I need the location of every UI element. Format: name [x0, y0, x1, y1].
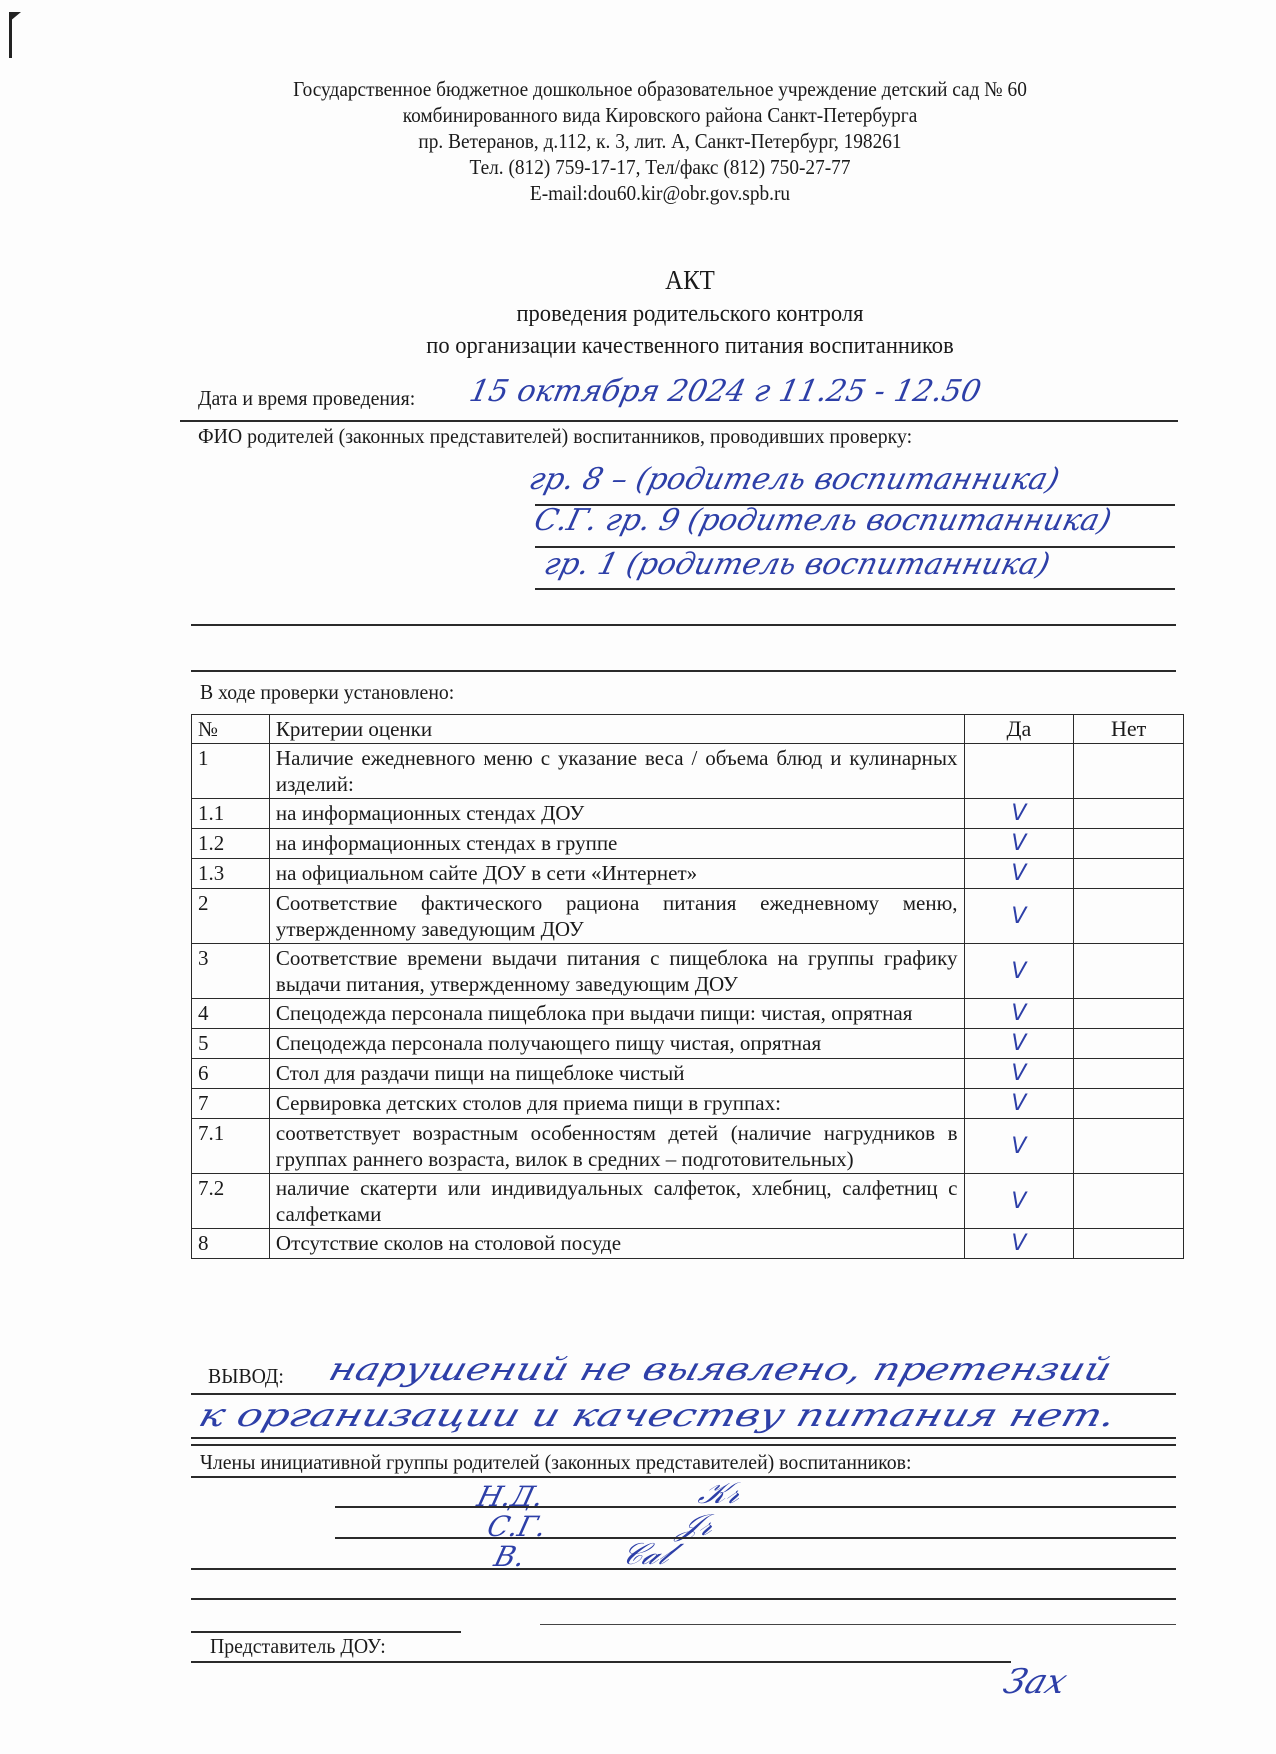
criteria-row-yes: V: [964, 944, 1074, 999]
criteria-row: 4Спецодежда персонала пищеблока при выда…: [192, 999, 1184, 1029]
parents-line-5: [191, 670, 1176, 672]
criteria-row-text: Стол для раздачи пищи на пищеблоке чисты…: [269, 1059, 964, 1089]
criteria-row-no: [1074, 744, 1184, 799]
members-label: Члены инициативной группы родителей (зак…: [200, 1450, 911, 1475]
criteria-row-yes: V: [964, 799, 1074, 829]
criteria-row: 5Спецодежда персонала получающего пищу ч…: [192, 1029, 1184, 1059]
member-3-signature: 𝒞𝒶𝓁: [616, 1537, 677, 1572]
criteria-row-text: Соответствие времени выдачи питания с пи…: [269, 944, 964, 999]
members-line-3: [335, 1537, 1176, 1539]
criteria-row: 3Соответствие времени выдачи питания с п…: [192, 944, 1184, 999]
conclusion-underline-1: [191, 1393, 1176, 1395]
criteria-row-number: 1.3: [192, 859, 270, 889]
members-line-2: [335, 1506, 1176, 1508]
criteria-row-yes: V: [964, 829, 1074, 859]
criteria-row: 1Наличие ежедневного меню с указание вес…: [192, 744, 1184, 799]
criteria-row-number: 1.2: [192, 829, 270, 859]
criteria-row: 6Стол для раздачи пищи на пищеблоке чист…: [192, 1059, 1184, 1089]
criteria-row-no: [1074, 799, 1184, 829]
conclusion-underline-2: [191, 1437, 1176, 1439]
criteria-row-text: Наличие ежедневного меню с указание веса…: [269, 744, 964, 799]
check-mark-icon: V: [1011, 801, 1026, 826]
parents-label: ФИО родителей (законных представителей) …: [198, 424, 912, 449]
criteria-row-yes: V: [964, 1174, 1074, 1229]
criteria-row-no: [1074, 944, 1184, 999]
criteria-row-yes: V: [964, 1229, 1074, 1259]
criteria-row-no: [1074, 859, 1184, 889]
criteria-row-yes: V: [964, 1059, 1074, 1089]
criteria-row-yes: V: [964, 859, 1074, 889]
parent-entry-1: гр. 8 – (родитель воспитанника): [526, 462, 1063, 497]
column-header-no: Нет: [1074, 715, 1184, 744]
representative-underline: [191, 1661, 1011, 1663]
criteria-row-number: 1.1: [192, 799, 270, 829]
members-line-7: [540, 1624, 1176, 1625]
members-line-5: [191, 1598, 1176, 1600]
check-mark-icon: V: [1011, 904, 1026, 929]
datetime-underline: [180, 420, 1178, 422]
conclusion-line-2: к организации и качеству питания нет.: [195, 1396, 1121, 1434]
check-mark-icon: V: [1011, 831, 1026, 856]
conclusion-line-1: нарушений не выявлено, претензий: [325, 1350, 1117, 1388]
criteria-row-no: [1074, 1029, 1184, 1059]
criteria-row-number: 7.2: [192, 1174, 270, 1229]
criteria-table: № Критерии оценки Да Нет 1Наличие ежедне…: [191, 714, 1184, 1259]
criteria-row-yes: V: [964, 1029, 1074, 1059]
findings-label: В ходе проверки установлено:: [200, 680, 454, 705]
check-mark-icon: V: [1011, 1134, 1026, 1159]
criteria-row-number: 6: [192, 1059, 270, 1089]
criteria-row: 7.2наличие скатерти или индивидуальных с…: [192, 1174, 1184, 1229]
criteria-row: 7.1соответствует возрастным особенностям…: [192, 1119, 1184, 1174]
criteria-row-text: Отсутствие сколов на столовой посуде: [269, 1229, 964, 1259]
title-subtitle-2: по организации качественного питания вос…: [221, 330, 1159, 362]
criteria-row-no: [1074, 1229, 1184, 1259]
institution-name: Государственное бюджетное дошкольное обр…: [237, 76, 1083, 102]
parent-entry-3: гр. 1 (родитель воспитанника): [541, 547, 1054, 582]
criteria-row-number: 7: [192, 1089, 270, 1119]
criteria-row-text: Соответствие фактического рациона питани…: [269, 889, 964, 944]
datetime-label: Дата и время проведения:: [198, 386, 415, 411]
criteria-row: 7Сервировка детских столов для приема пи…: [192, 1089, 1184, 1119]
criteria-row-yes: V: [964, 1119, 1074, 1174]
institution-phones: Тел. (812) 759-17-17, Тел/факс (812) 750…: [237, 154, 1083, 180]
parents-line-3: [535, 588, 1175, 590]
criteria-row-text: Спецодежда персонала получающего пищу чи…: [269, 1029, 964, 1059]
datetime-value: 15 октября 2024 г 11.25 - 12.50: [466, 374, 984, 409]
column-header-criteria: Критерии оценки: [269, 715, 964, 744]
criteria-row-number: 1: [192, 744, 270, 799]
check-mark-icon: V: [1011, 1189, 1026, 1214]
criteria-row-number: 7.1: [192, 1119, 270, 1174]
members-top-line: [191, 1444, 1176, 1446]
representative-label: Представитель ДОУ:: [210, 1634, 386, 1659]
criteria-row-no: [1074, 1119, 1184, 1174]
criteria-row-number: 4: [192, 999, 270, 1029]
institution-type: комбинированного вида Кировского района …: [237, 102, 1083, 128]
criteria-row: 8Отсутствие сколов на столовой посудеV: [192, 1229, 1184, 1259]
check-mark-icon: V: [1011, 1061, 1026, 1086]
criteria-row-number: 5: [192, 1029, 270, 1059]
criteria-row: 1.3на официальном сайте ДОУ в сети «Инте…: [192, 859, 1184, 889]
criteria-row-text: Сервировка детских столов для приема пищ…: [269, 1089, 964, 1119]
criteria-row-yes: [964, 744, 1074, 799]
institution-email: E-mail:dou60.kir@obr.gov.spb.ru: [237, 180, 1083, 206]
criteria-row-text: соответствует возрастным особенностям де…: [269, 1119, 964, 1174]
criteria-row-yes: V: [964, 889, 1074, 944]
conclusion-label: ВЫВОД:: [208, 1364, 284, 1389]
criteria-row-no: [1074, 889, 1184, 944]
check-mark-icon: V: [1011, 959, 1026, 984]
criteria-row: 1.2на информационных стендах в группеV: [192, 829, 1184, 859]
column-header-number: №: [192, 715, 270, 744]
check-mark-icon: V: [1011, 1231, 1026, 1256]
criteria-row-number: 3: [192, 944, 270, 999]
criteria-row-no: [1074, 829, 1184, 859]
criteria-row-text: наличие скатерти или индивидуальных салф…: [269, 1174, 964, 1229]
scan-corner-mark: [9, 12, 22, 58]
column-header-yes: Да: [964, 715, 1074, 744]
member-1-initials: Н.Д.: [474, 1480, 547, 1513]
criteria-row-text: на официальном сайте ДОУ в сети «Интерне…: [269, 859, 964, 889]
title-subtitle-1: проведения родительского контроля: [221, 298, 1159, 330]
criteria-row-text: на информационных стендах ДОУ: [269, 799, 964, 829]
criteria-row-yes: V: [964, 1089, 1074, 1119]
criteria-row-number: 2: [192, 889, 270, 944]
parents-line-4: [191, 624, 1176, 626]
members-line-4: [191, 1568, 1176, 1570]
institution-address: пр. Ветеранов, д.112, к. 3, лит. А, Санк…: [237, 128, 1083, 154]
criteria-row-no: [1074, 1089, 1184, 1119]
parent-entry-2: С.Г. гр. 9 (родитель воспитанника): [531, 503, 1115, 538]
check-mark-icon: V: [1011, 1001, 1026, 1026]
criteria-row-text: Спецодежда персонала пищеблока при выдач…: [269, 999, 964, 1029]
members-line-6: [191, 1631, 461, 1633]
criteria-table-header: № Критерии оценки Да Нет: [192, 715, 1184, 744]
criteria-row-no: [1074, 1059, 1184, 1089]
criteria-row: 2Соответствие фактического рациона питан…: [192, 889, 1184, 944]
criteria-row-number: 8: [192, 1229, 270, 1259]
institution-header: Государственное бюджетное дошкольное обр…: [237, 76, 1083, 206]
title-heading: АКТ: [221, 262, 1159, 298]
check-mark-icon: V: [1011, 1031, 1026, 1056]
criteria-row-no: [1074, 1174, 1184, 1229]
members-line-1: [191, 1476, 1176, 1478]
check-mark-icon: V: [1011, 1091, 1026, 1116]
document-title: АКТ проведения родительского контроля по…: [180, 262, 1200, 362]
criteria-row: 1.1на информационных стендах ДОУV: [192, 799, 1184, 829]
check-mark-icon: V: [1011, 861, 1026, 886]
criteria-row-yes: V: [964, 999, 1074, 1029]
representative-signature: Зах: [999, 1662, 1073, 1702]
criteria-row-text: на информационных стендах в группе: [269, 829, 964, 859]
criteria-row-no: [1074, 999, 1184, 1029]
